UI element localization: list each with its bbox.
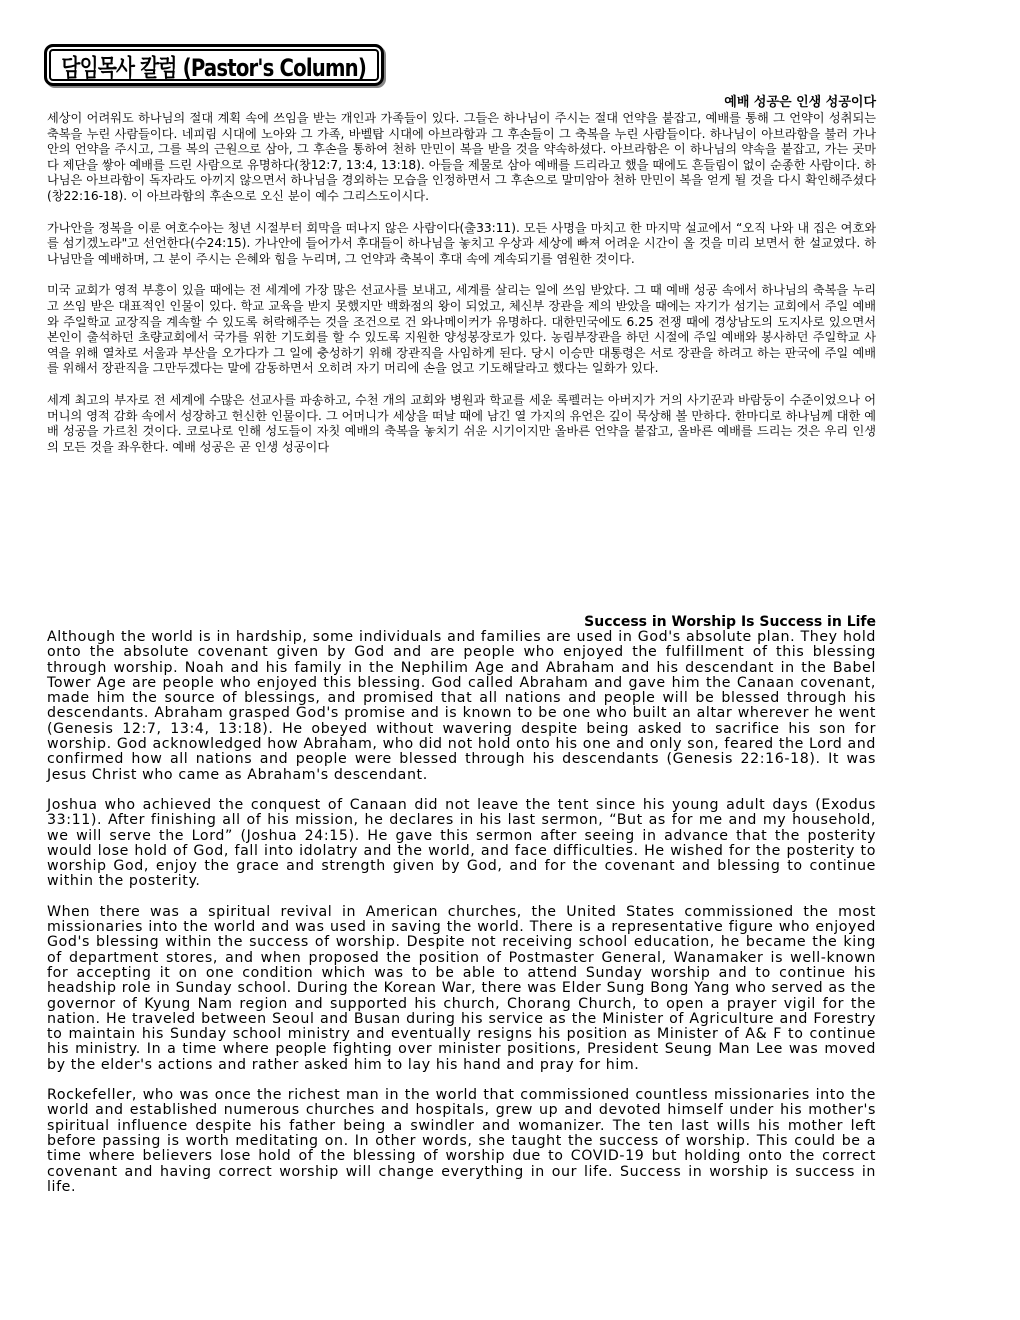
korean-paragraph: 세계 최고의 부자로 전 세계에 수많은 선교사를 파송하고, 수천 개의 교회… [47,393,876,455]
korean-paragraph: 세상이 어려워도 하나님의 절대 계획 속에 쓰임을 받는 개인과 가족들이 있… [47,111,876,205]
column-title-box: 담임목사 칼럼 (Pastor's Column) [44,44,384,86]
english-paragraph: When there was a spiritual revival in Am… [47,905,876,1073]
korean-heading: 예배 성공은 인생 성공이다 [47,95,876,111]
english-heading: Success in Worship Is Success in Life [47,614,876,630]
column-title: 담임목사 칼럼 (Pastor's Column) [62,48,367,83]
english-article: Success in Worship Is Success in Life Al… [47,614,876,1210]
english-paragraph: Although the world is in hardship, some … [47,630,876,783]
english-paragraph: Rockefeller, who was once the richest ma… [47,1088,876,1195]
korean-paragraph: 가나안을 정복을 이룬 여호수아는 청년 시절부터 회막을 떠나지 않은 사람이… [47,221,876,268]
english-paragraph: Joshua who achieved the conquest of Cana… [47,798,876,890]
korean-paragraph: 미국 교회가 영적 부흥이 있을 때에는 전 세계에 가장 많은 선교사를 보내… [47,283,876,377]
korean-article: 예배 성공은 인생 성공이다 세상이 어려워도 하나님의 절대 계획 속에 쓰임… [47,95,876,471]
